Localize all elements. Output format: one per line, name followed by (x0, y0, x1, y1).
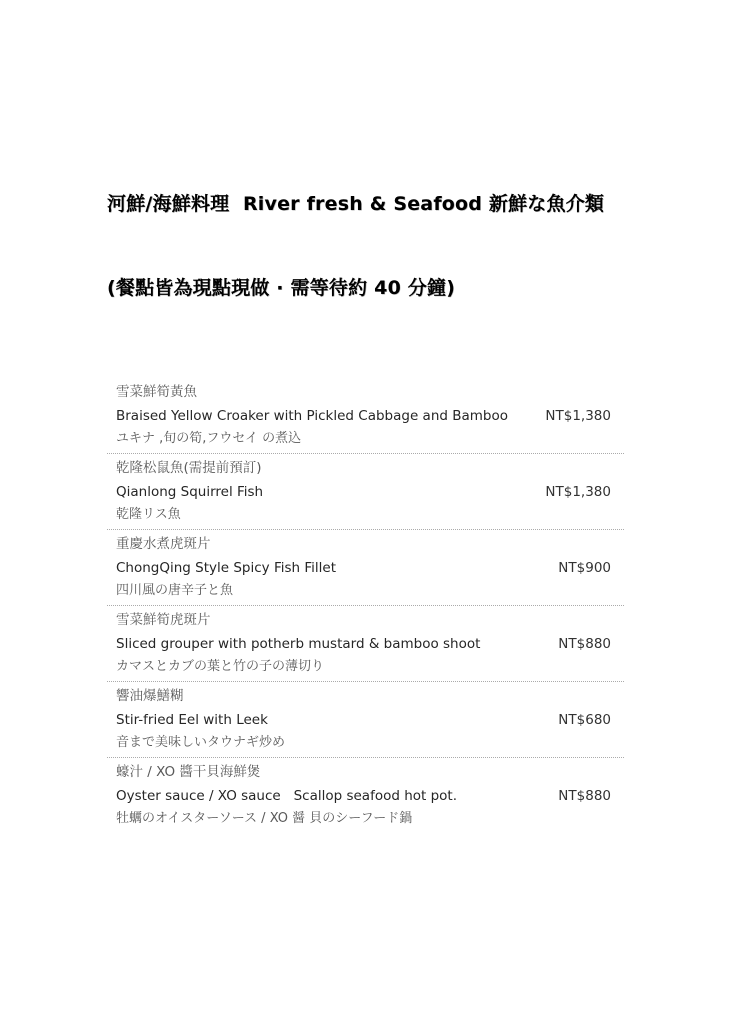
item-price: NT$900 (558, 556, 611, 580)
section-title: 河鮮/海鮮料理 River fresh & Seafood 新鮮な魚介類 (餐點… (107, 134, 624, 358)
item-name-en: ChongQing Style Spicy Fish Fillet (116, 556, 336, 580)
item-name-zh: 乾隆松鼠魚(需提前預訂) (107, 456, 624, 480)
item-name-zh: 蠔汁 / XO 醬干貝海鮮煲 (107, 760, 624, 784)
item-name-en: Stir-fried Eel with Leek (116, 708, 268, 732)
item-name-en: Sliced grouper with potherb mustard & ba… (116, 632, 480, 656)
menu-item: 雪菜鮮筍虎斑片 Sliced grouper with potherb must… (107, 606, 624, 682)
section-title-line1: 河鮮/海鮮料理 River fresh & Seafood 新鮮な魚介類 (107, 190, 624, 218)
menu-item: 乾隆松鼠魚(需提前預訂) Qianlong Squirrel Fish NT$1… (107, 454, 624, 530)
item-row-en: Stir-fried Eel with Leek NT$680 (107, 708, 624, 732)
item-row-en: ChongQing Style Spicy Fish Fillet NT$900 (107, 556, 624, 580)
item-price: NT$1,380 (545, 480, 611, 504)
item-row-en: Braised Yellow Croaker with Pickled Cabb… (107, 404, 624, 428)
item-name-zh: 雪菜鮮筍黃魚 (107, 380, 624, 404)
item-price: NT$880 (558, 632, 611, 656)
menu-item: 蠔汁 / XO 醬干貝海鮮煲 Oyster sauce / XO sauce S… (107, 758, 624, 833)
item-name-ja: カマスとカブの葉と竹の子の薄切り (107, 656, 624, 678)
item-price: NT$680 (558, 708, 611, 732)
item-name-en: Braised Yellow Croaker with Pickled Cabb… (116, 404, 508, 428)
item-row-en: Sliced grouper with potherb mustard & ba… (107, 632, 624, 656)
item-price: NT$880 (558, 784, 611, 808)
item-name-ja: 音まで美味しいタウナギ炒め (107, 732, 624, 754)
item-row-en: Oyster sauce / XO sauce Scallop seafood … (107, 784, 624, 808)
item-price: NT$1,380 (545, 404, 611, 428)
item-name-ja: 乾隆リス魚 (107, 504, 624, 526)
item-name-zh: 雪菜鮮筍虎斑片 (107, 608, 624, 632)
menu-content: 河鮮/海鮮料理 River fresh & Seafood 新鮮な魚介類 (餐點… (107, 134, 624, 833)
item-name-ja: 牡蠣のオイスターソース / XO 醤 貝のシーフード鍋 (107, 808, 624, 830)
menu-item: 重慶水煮虎斑片 ChongQing Style Spicy Fish Fille… (107, 530, 624, 606)
menu-page: 河鮮/海鮮料理 River fresh & Seafood 新鮮な魚介類 (餐點… (0, 0, 730, 1032)
item-name-en: Oyster sauce / XO sauce Scallop seafood … (116, 784, 457, 808)
item-row-en: Qianlong Squirrel Fish NT$1,380 (107, 480, 624, 504)
item-name-zh: 響油爆鱔糊 (107, 684, 624, 708)
menu-list: 雪菜鮮筍黃魚 Braised Yellow Croaker with Pickl… (107, 378, 624, 833)
item-name-zh: 重慶水煮虎斑片 (107, 532, 624, 556)
menu-item: 雪菜鮮筍黃魚 Braised Yellow Croaker with Pickl… (107, 378, 624, 454)
item-name-ja: ユキナ ,旬の筍,フウセイ の煮込 (107, 428, 624, 450)
item-name-en: Qianlong Squirrel Fish (116, 480, 263, 504)
section-title-line2: (餐點皆為現點現做 · 需等待約 40 分鐘) (107, 274, 624, 302)
item-name-ja: 四川風の唐辛子と魚 (107, 580, 624, 602)
menu-item: 響油爆鱔糊 Stir-fried Eel with Leek NT$680 音ま… (107, 682, 624, 758)
